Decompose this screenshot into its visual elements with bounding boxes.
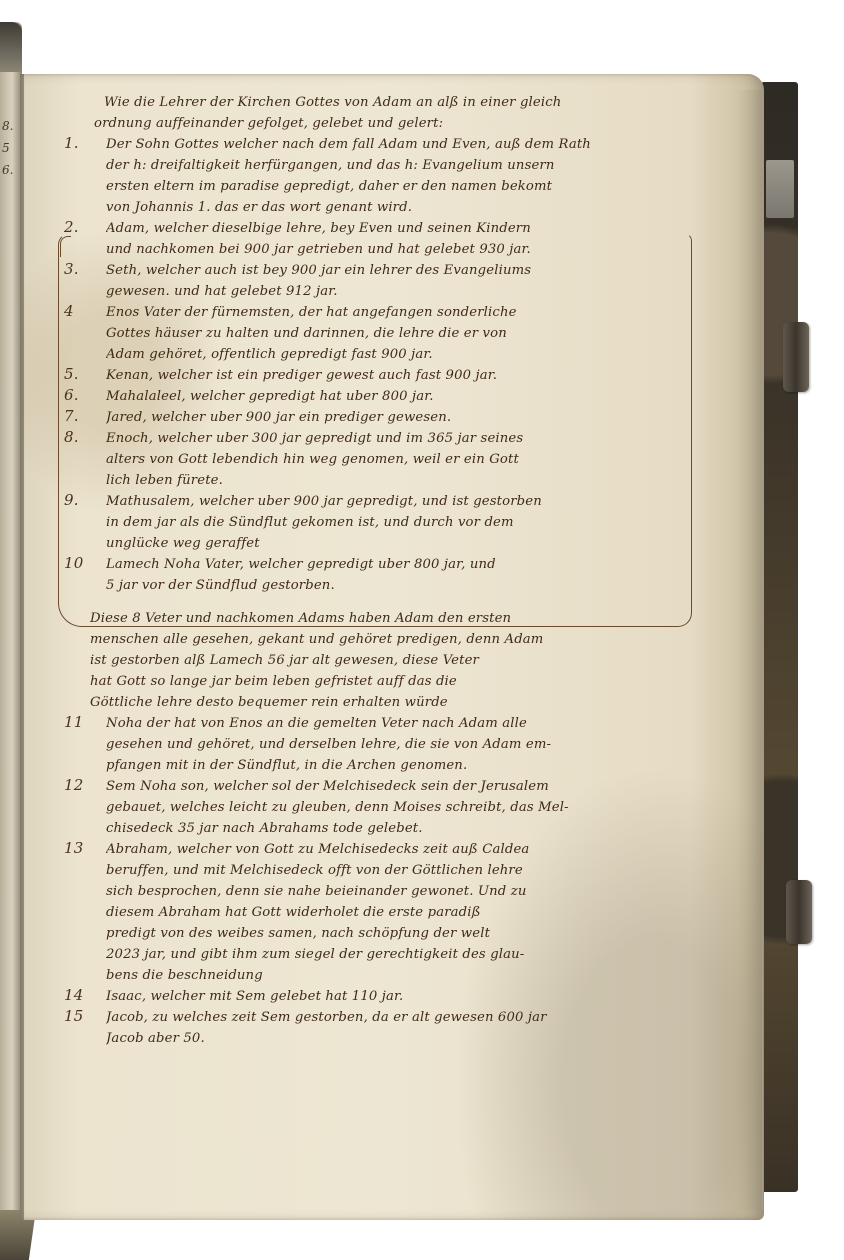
entry-4: 4 Enos Vater der fürnemsten, der hat ang… — [60, 302, 720, 365]
facing-page-fragments: 8. 56. — [2, 115, 20, 181]
entry-7: 7. Jared, welcher uber 900 jar ein predi… — [60, 407, 720, 428]
entry-number: 9. — [64, 491, 100, 509]
entry-10: 10 Lamech Noha Vater, welcher gepredigt … — [60, 554, 720, 596]
entry-line: Enoch, welcher uber 300 jar gepredigt un… — [106, 428, 720, 449]
entry-number: 13 — [64, 839, 100, 857]
entry-line: unglücke weg geraffet — [106, 533, 720, 554]
entry-line: Gottes häuser zu halten und darinnen, di… — [106, 323, 720, 344]
facing-page-edge — [0, 22, 22, 1237]
entry-line: Kenan, welcher ist ein prediger gewest a… — [106, 365, 720, 386]
entry-line: Sem Noha son, welcher sol der Melchisede… — [106, 776, 720, 797]
manuscript-text: Wie die Lehrer der Kirchen Gottes von Ad… — [60, 92, 720, 1049]
entry-line: und nachkomen bei 900 jar getrieben und … — [106, 239, 720, 260]
entry-number: 8. — [64, 428, 100, 446]
entry-line: Mathusalem, welcher uber 900 jar gepredi… — [106, 491, 720, 512]
facing-page-binding-top — [0, 22, 22, 72]
heading-line: Wie die Lehrer der Kirchen Gottes von Ad… — [60, 92, 720, 113]
entry-line: sich besprochen, denn sie nahe beieinand… — [106, 881, 720, 902]
entry-number: 14 — [64, 986, 100, 1004]
entry-number: 12 — [64, 776, 100, 794]
entry-line: Jacob aber 50. — [106, 1028, 720, 1049]
entry-line: gewesen. und hat gelebet 912 jar. — [106, 281, 720, 302]
entry-2: 2. Adam, welcher dieselbige lehre, bey E… — [60, 218, 720, 260]
entry-number: 7. — [64, 407, 100, 425]
entry-line: Adam, welcher dieselbige lehre, bey Even… — [106, 218, 720, 239]
entry-line: in dem jar als die Sündflut gekomen ist,… — [106, 512, 720, 533]
entry-3: 3. Seth, welcher auch ist bey 900 jar ei… — [60, 260, 720, 302]
entry-line: Noha der hat von Enos an die gemelten Ve… — [106, 713, 720, 734]
entry-line: alters von Gott lebendich hin weg genome… — [106, 449, 720, 470]
entry-number: 11 — [64, 713, 100, 731]
entry-line: Seth, welcher auch ist bey 900 jar ein l… — [106, 260, 720, 281]
entry-15: 15 Jacob, zu welches zeit Sem gestorben,… — [60, 1007, 720, 1049]
summary-paragraph: Diese 8 Veter und nachkomen Adams haben … — [60, 608, 720, 713]
entry-number: 5. — [64, 365, 100, 383]
entry-line: der h: dreifaltigkeit herfürgangen, und … — [106, 155, 720, 176]
heading-line: ordnung auffeinander gefolget, gelebet u… — [60, 113, 720, 134]
entry-line: gesehen und gehöret, und derselben lehre… — [106, 734, 720, 755]
entry-line: Lamech Noha Vater, welcher gepredigt ube… — [106, 554, 720, 575]
entry-line: gebauet, welches leicht zu gleuben, denn… — [106, 797, 720, 818]
entry-line: predigt von des weibes samen, nach schöp… — [106, 923, 720, 944]
entry-line: pfangen mit in der Sündflut, in die Arch… — [106, 755, 720, 776]
page-gutter — [20, 74, 24, 1220]
facing-page-fragment: 56. — [2, 141, 13, 177]
entry-number: 1. — [64, 134, 100, 152]
entry-line: bens die beschneidung — [106, 965, 720, 986]
entry-line: Isaac, welcher mit Sem gelebet hat 110 j… — [106, 986, 720, 1007]
paragraph-line: Diese 8 Veter und nachkomen Adams haben … — [60, 608, 720, 629]
entry-1: 1. Der Sohn Gottes welcher nach dem fall… — [60, 134, 720, 218]
entry-8: 8. Enoch, welcher uber 300 jar gepredigt… — [60, 428, 720, 491]
entry-line: Der Sohn Gottes welcher nach dem fall Ad… — [106, 134, 720, 155]
entry-12: 12 Sem Noha son, welcher sol der Melchis… — [60, 776, 720, 839]
entry-6: 6. Mahalaleel, welcher gepredigt hat ube… — [60, 386, 720, 407]
entry-line: 2023 jar, und gibt ihm zum siegel der ge… — [106, 944, 720, 965]
paragraph-line: hat Gott so lange jar beim leben gefrist… — [60, 671, 720, 692]
clasp-top-icon — [783, 322, 809, 392]
entry-number: 6. — [64, 386, 100, 404]
clasp-bottom-icon — [786, 880, 812, 944]
entry-line: Adam gehöret, offentlich gepredigt fast … — [106, 344, 720, 365]
entry-line: Abraham, welcher von Gott zu Melchisedec… — [106, 839, 720, 860]
entry-number: 10 — [64, 554, 100, 572]
page-heading: Wie die Lehrer der Kirchen Gottes von Ad… — [60, 92, 720, 134]
entry-line: ersten eltern im paradise gepredigt, dah… — [106, 176, 720, 197]
cover-worn-patch — [766, 160, 794, 218]
book-cover-spine — [760, 82, 798, 1192]
entry-line: von Johannis 1. das er das wort genant w… — [106, 197, 720, 218]
entry-line: diesem Abraham hat Gott widerholet die e… — [106, 902, 720, 923]
entry-number: 4 — [64, 302, 100, 320]
entry-line: Jared, welcher uber 900 jar ein prediger… — [106, 407, 720, 428]
entry-line: 5 jar vor der Sündflud gestorben. — [106, 575, 720, 596]
entry-line: Enos Vater der fürnemsten, der hat angef… — [106, 302, 720, 323]
page-fore-edge — [736, 90, 763, 1210]
entry-5: 5. Kenan, welcher ist ein prediger gewes… — [60, 365, 720, 386]
entry-number: 3. — [64, 260, 100, 278]
entry-line: beruffen, und mit Melchisedeck offt von … — [106, 860, 720, 881]
paragraph-line: Göttliche lehre desto bequemer rein erha… — [60, 692, 720, 713]
paragraph-line: ist gestorben alß Lamech 56 jar alt gewe… — [60, 650, 720, 671]
entry-11: 11 Noha der hat von Enos an die gemelten… — [60, 713, 720, 776]
entry-13: 13 Abraham, welcher von Gott zu Melchise… — [60, 839, 720, 986]
entry-line: Jacob, zu welches zeit Sem gestorben, da… — [106, 1007, 720, 1028]
facing-page-fragment: 8. — [2, 119, 13, 133]
entry-number: 15 — [64, 1007, 100, 1025]
entry-line: chisedeck 35 jar nach Abrahams tode gele… — [106, 818, 720, 839]
entry-line: Mahalaleel, welcher gepredigt hat uber 8… — [106, 386, 720, 407]
entry-line: lich leben fürete. — [106, 470, 720, 491]
entry-14: 14 Isaac, welcher mit Sem gelebet hat 11… — [60, 986, 720, 1007]
paragraph-line: menschen alle gesehen, gekant und gehöre… — [60, 629, 720, 650]
entry-9: 9. Mathusalem, welcher uber 900 jar gepr… — [60, 491, 720, 554]
entry-number: 2. — [64, 218, 100, 236]
